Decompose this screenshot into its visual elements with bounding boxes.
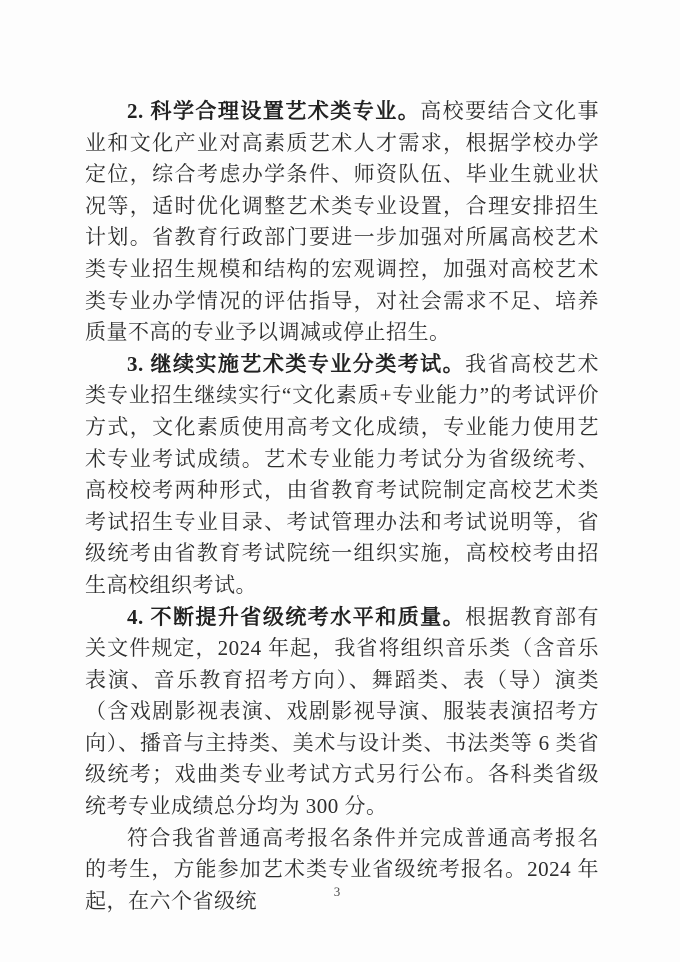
paragraph-text: 高校要结合文化事业和文化产业对高素质艺术人才需求，根据学校办学定位，综合考虑办学… [85, 99, 599, 344]
paragraph-item-3: 3. 继续实施艺术类专业分类考试。我省高校艺术类专业招生继续实行“文化素质+专业… [85, 349, 599, 602]
page-number: 3 [0, 884, 674, 900]
paragraph-heading: 4. 不断提升省级统考水平和质量。 [127, 605, 465, 629]
paragraph-item-4: 4. 不断提升省级统考水平和质量。根据教育部有关文件规定，2024 年起，我省将… [85, 602, 599, 823]
paragraph-item-2: 2. 科学合理设置艺术类专业。高校要结合文化事业和文化产业对高素质艺术人才需求，… [85, 96, 599, 349]
paragraph-text: 我省高校艺术类专业招生继续实行“文化素质+专业能力”的考试评价方式，文化素质使用… [85, 352, 599, 597]
document-body: 2. 科学合理设置艺术类专业。高校要结合文化事业和文化产业对高素质艺术人才需求，… [85, 96, 599, 917]
paragraph-text: 根据教育部有关文件规定，2024 年起，我省将组织音乐类（含音乐表演、音乐教育招… [85, 605, 599, 819]
paragraph-heading: 3. 继续实施艺术类专业分类考试。 [127, 352, 465, 376]
paragraph-heading: 2. 科学合理设置艺术类专业。 [127, 99, 420, 123]
document-page: 2. 科学合理设置艺术类专业。高校要结合文化事业和文化产业对高素质艺术人才需求，… [0, 0, 680, 962]
paragraph-continuation: 符合我省普通高考报名条件并完成普通高考报名的考生，方能参加艺术类专业省级统考报名… [85, 823, 599, 918]
